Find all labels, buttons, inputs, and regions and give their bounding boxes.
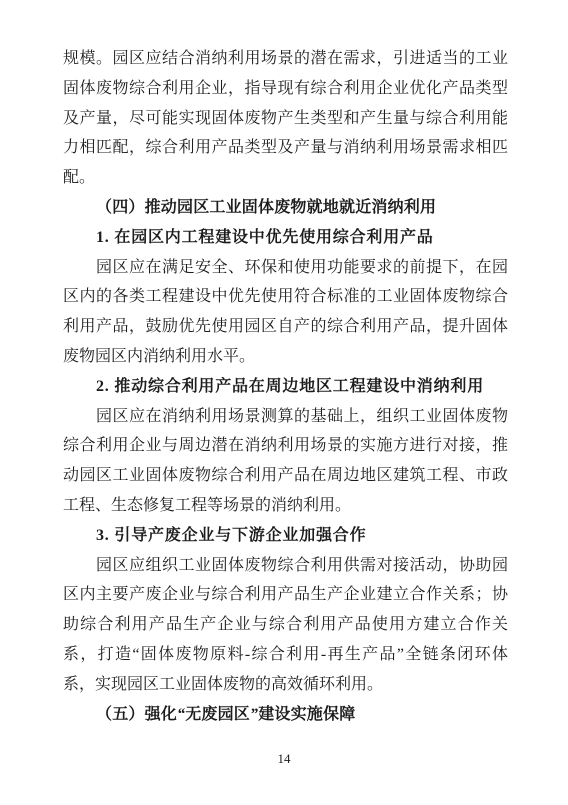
subsection-heading: 2. 推动综合利用产品在周边地区工程建设中消纳利用 (63, 372, 508, 402)
text-line: 园区应在消纳利用场景测算的基础上，组织工业固体废物 (63, 402, 508, 432)
document-body: 规模。园区应结合消纳利用场景的潜在需求，引进适当的工业固体废物综合利用企业，指导… (63, 44, 508, 729)
text-line: 综合利用企业与周边潜在消纳利用场景的实施方进行对接，推 (63, 431, 508, 461)
text-line: 区内主要产废企业与综合利用产品生产企业建立合作关系；协 (63, 580, 508, 610)
text-line: 及产量，尽可能实现固体废物产生类型和产生量与综合利用能 (63, 104, 508, 134)
body-paragraph: 规模。园区应结合消纳利用场景的潜在需求，引进适当的工业固体废物综合利用企业，指导… (63, 44, 508, 193)
text-line: 工程、生态修复工程等场景的消纳利用。 (63, 491, 508, 521)
body-paragraph: 园区应组织工业固体废物综合利用供需对接活动，协助园区内主要产废企业与综合利用产品… (63, 551, 508, 700)
section-heading: （五）强化“无废园区”建设实施保障 (63, 700, 508, 730)
text-line: 力相匹配，综合利用产品类型及产量与消纳利用场景需求相匹 (63, 133, 508, 163)
document-page: 规模。园区应结合消纳利用场景的潜在需求，引进适当的工业固体废物综合利用企业，指导… (0, 0, 568, 805)
text-line: 园区应在满足安全、环保和使用功能要求的前提下，在园 (63, 253, 508, 283)
text-line: 动园区工业固体废物综合利用产品在周边地区建筑工程、市政 (63, 461, 508, 491)
text-line: 1. 在园区内工程建设中优先使用综合利用产品 (63, 223, 508, 253)
text-line: （四）推动园区工业固体废物就地就近消纳利用 (63, 193, 508, 223)
text-line: 系，实现园区工业固体废物的高效循环利用。 (63, 670, 508, 700)
text-line: 利用产品，鼓励优先使用园区自产的综合利用产品，提升固体 (63, 312, 508, 342)
text-line: 3. 引导产废企业与下游企业加强合作 (63, 521, 508, 551)
text-line: 规模。园区应结合消纳利用场景的潜在需求，引进适当的工业 (63, 44, 508, 74)
text-line: 配。 (63, 163, 508, 193)
text-line: 系，打造“固体废物原料-综合利用-再生产品”全链条闭环体 (63, 640, 508, 670)
text-line: （五）强化“无废园区”建设实施保障 (63, 700, 508, 730)
text-line: 废物园区内消纳利用水平。 (63, 342, 508, 372)
text-line: 固体废物综合利用企业，指导现有综合利用企业优化产品类型 (63, 74, 508, 104)
body-paragraph: 园区应在消纳利用场景测算的基础上，组织工业固体废物综合利用企业与周边潜在消纳利用… (63, 402, 508, 521)
subsection-heading: 3. 引导产废企业与下游企业加强合作 (63, 521, 508, 551)
subsection-heading: 1. 在园区内工程建设中优先使用综合利用产品 (63, 223, 508, 253)
text-line: 2. 推动综合利用产品在周边地区工程建设中消纳利用 (63, 372, 508, 402)
text-line: 助综合利用产品生产企业与综合利用产品使用方建立合作关 (63, 610, 508, 640)
section-heading: （四）推动园区工业固体废物就地就近消纳利用 (63, 193, 508, 223)
text-line: 园区应组织工业固体废物综合利用供需对接活动，协助园 (63, 551, 508, 581)
page-number: 14 (0, 751, 568, 767)
body-paragraph: 园区应在满足安全、环保和使用功能要求的前提下，在园区内的各类工程建设中优先使用符… (63, 253, 508, 372)
text-line: 区内的各类工程建设中优先使用符合标准的工业固体废物综合 (63, 282, 508, 312)
